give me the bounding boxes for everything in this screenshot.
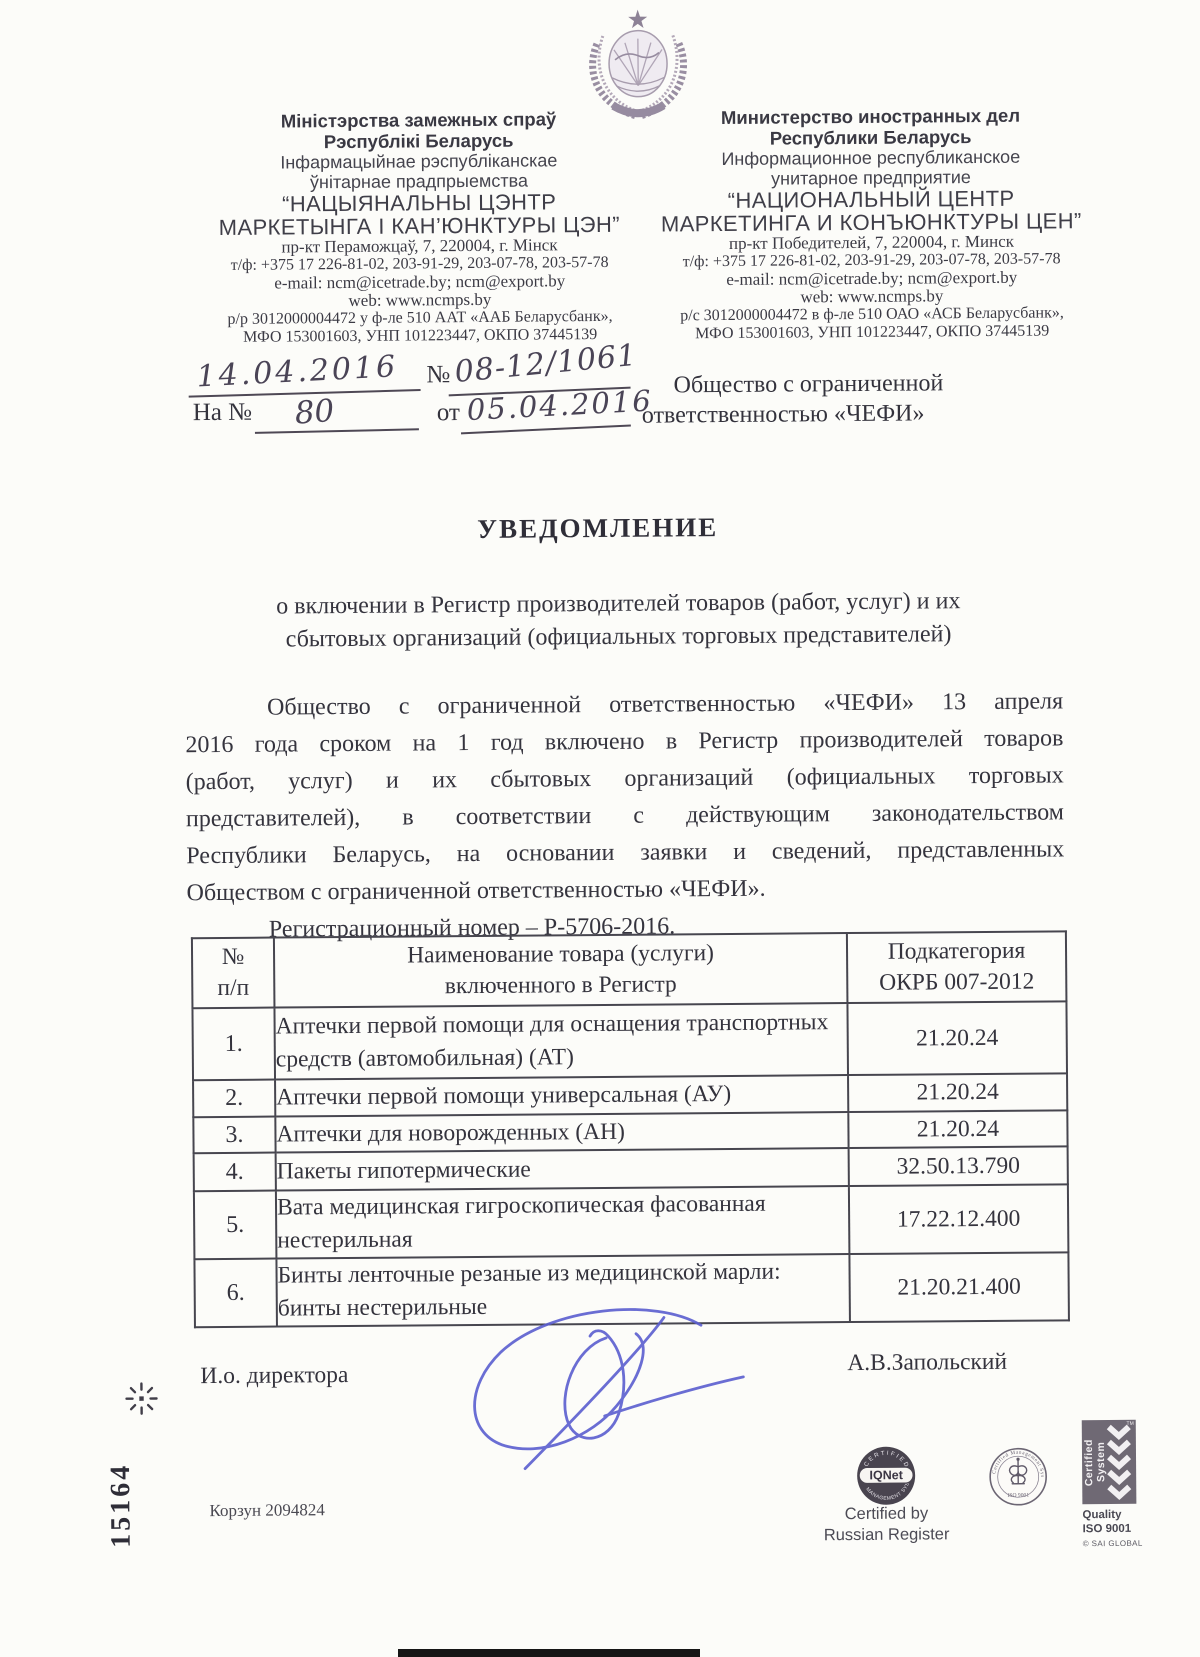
sai-global-label: © SAI GLOBAL	[1083, 1539, 1143, 1548]
row-code: 32.50.13.790	[849, 1146, 1068, 1186]
doc-subtitle: о включении в Регистр производителей тов…	[158, 584, 1078, 657]
stamp-iso-label: ISO 9001	[1007, 1493, 1029, 1499]
in-reply-number-handwritten: 80	[293, 393, 335, 432]
from-label: от	[437, 399, 460, 427]
outgoing-date-handwritten: 14.04.2016	[196, 349, 399, 394]
products-table: № п/п Наименование товара (услуги) включ…	[191, 930, 1070, 1328]
reply-date-handwritten: 05.04.2016	[466, 384, 654, 428]
in-reply-to-label: На №	[193, 399, 252, 427]
certified-by-line2: Russian Register	[801, 1524, 973, 1546]
table-row: 1. Аптечки первой помощи для оснащения т…	[192, 1001, 1067, 1080]
row-num: 1.	[192, 1008, 275, 1081]
row-name: Пакеты гипотермические	[276, 1148, 849, 1190]
row-num: 4.	[194, 1153, 276, 1192]
iqnet-logo-icon: CERTIFIED MANAGEMENT SYSTEM IQNet	[855, 1445, 917, 1507]
th-code-line2: ОКРБ 007-2012	[848, 966, 1065, 999]
signer-position: И.о. директора	[200, 1362, 348, 1390]
doc-title: УВЕДОМЛЕНИЕ	[298, 511, 898, 547]
sender-block-belarusian: Міністэрства замежных спраў Рэспублікі Б…	[190, 108, 648, 348]
th-code: Подкатегория ОКРБ 007-2012	[847, 931, 1067, 1003]
row-num: 6.	[194, 1259, 277, 1328]
th-num-line1: №	[193, 942, 273, 974]
scan-artifact-strip	[398, 1649, 700, 1657]
ruled-line	[255, 428, 419, 434]
scan-tilt-wrapper: Міністэрства замежных спраў Рэспублікі Б…	[0, 0, 1200, 1657]
number-sign-label: №	[426, 361, 450, 389]
th-name-line1: Наименование товара (услуги)	[275, 937, 846, 972]
signer-name: А.В.Запольский	[847, 1349, 1007, 1377]
scanned-letter-page: Міністэрства замежных спраў Рэспублікі Б…	[0, 0, 1200, 1657]
iso-9001-label: ISO 9001	[1083, 1522, 1132, 1536]
row-name: Аптечки для новорожденных (АН)	[275, 1112, 848, 1152]
th-code-line1: Подкатегория	[848, 935, 1065, 968]
org-name-line: МАРКЕТИНГА И КОНЪЮНКТУРЫ ЦЕН”	[643, 209, 1099, 236]
row-name: Аптечки первой помощи универсальная (АУ)	[275, 1075, 848, 1116]
certified-system-logo: Certified System TM	[1082, 1420, 1137, 1504]
row-name: Аптечки первой помощи для оснащения тран…	[274, 1003, 848, 1079]
org-name-line: МАРКЕТЫНГА І КАН’ЮНКТУРЫ ЦЭН”	[191, 213, 647, 240]
row-code: 21.20.21.400	[849, 1252, 1069, 1322]
iqnet-label: IQNet	[869, 1468, 903, 1482]
certified-by-caption: Certified by Russian Register	[800, 1503, 972, 1546]
addressee-line: Общество с ограниченной	[673, 369, 943, 400]
th-name-line2: включенного в Регистр	[275, 968, 846, 1003]
row-num: 5.	[194, 1191, 277, 1260]
executor-line: Корзун 2094824	[209, 1500, 325, 1521]
codes-line: МФО 153001603, УНП 101223447, ОКПО 37445…	[644, 322, 1100, 344]
body-line: Республики Беларусь, на основании заявки…	[186, 831, 1064, 875]
checkmark-chevrons-icon	[1104, 1424, 1135, 1500]
margin-asterisk-icon	[124, 1381, 158, 1415]
outgoing-number-handwritten: 08-12/1061	[453, 338, 638, 390]
certified-system-vertical-label: Certified System	[1083, 1422, 1102, 1502]
body-paragraph: Общество с ограниченной ответственностью…	[185, 683, 1065, 949]
row-code: 21.20.24	[848, 1073, 1067, 1112]
certified-by-line1: Certified by	[800, 1503, 972, 1525]
registry-stamp-number: 15164	[105, 1448, 138, 1548]
row-code: 17.22.12.400	[849, 1184, 1069, 1254]
addressee-line: ответственностью «ЧЕФИ»	[642, 399, 925, 430]
subtitle-line: сбытовых организаций (официальных торгов…	[158, 617, 1078, 657]
th-name: Наименование товара (услуги) включенного…	[274, 933, 848, 1007]
row-code: 21.20.24	[848, 1110, 1067, 1148]
row-name: Вата медицинская гигроскопическая фасова…	[276, 1186, 850, 1258]
russian-register-stamp-icon: Certified Management System ISO 9001	[987, 1445, 1049, 1507]
row-code: 21.20.24	[847, 1001, 1067, 1075]
sender-block-russian: Министерство иностранных дел Республики …	[642, 104, 1100, 344]
quality-label: Quality	[1082, 1508, 1121, 1522]
table-header-row: № п/п Наименование товара (услуги) включ…	[192, 931, 1067, 1008]
th-num-line2: п/п	[193, 973, 273, 1005]
row-num: 2.	[193, 1080, 275, 1118]
coat-of-arms-icon	[577, 5, 700, 124]
row-num: 3.	[193, 1117, 275, 1154]
th-num: № п/п	[192, 938, 275, 1009]
signature-scrawl-icon	[456, 1295, 749, 1473]
table-row: 5. Вата медицинская гигроскопическая фас…	[194, 1184, 1069, 1259]
